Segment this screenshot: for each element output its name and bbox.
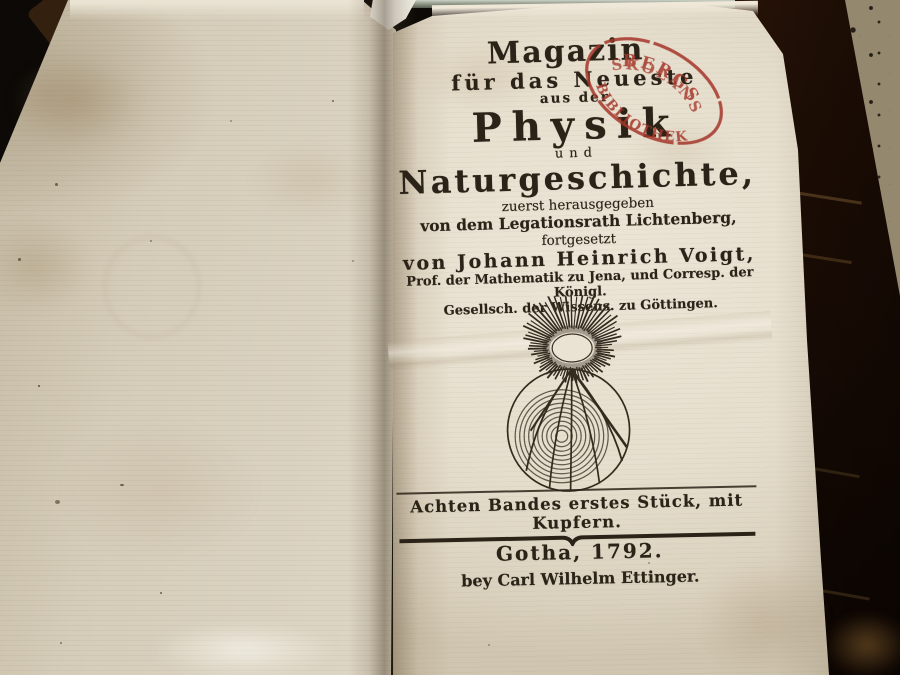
foxing-dot — [55, 183, 58, 186]
imprint-block: Gotha, 1792. bey Carl Wilhelm Ettinger. — [429, 533, 730, 591]
foxing-dot — [230, 120, 232, 122]
open-antique-book-photo: Magazin für das Neueste aus der Physik u… — [0, 0, 900, 675]
spine-tooling-band — [790, 190, 862, 204]
paper-stain — [60, 420, 260, 560]
imprint-place-year: Gotha, 1792. — [430, 537, 730, 567]
foxing-dot — [352, 260, 354, 262]
paper-stain — [250, 140, 370, 220]
edition-statement: Achten Bandes erstes Stück, mit Kupfern. — [396, 487, 757, 537]
page-top-edges — [70, 0, 364, 20]
foxing-dot — [488, 644, 490, 646]
foxing-dot — [55, 500, 60, 504]
paper-stain — [10, 55, 140, 147]
foxing-dot — [38, 385, 40, 387]
foxing-dot — [120, 484, 124, 486]
foxing-dot — [150, 240, 152, 242]
foxing-dot — [332, 100, 334, 102]
radiant-sun-over-globe-icon — [464, 294, 681, 500]
foxing-dot — [160, 592, 162, 594]
paper-watermark — [104, 236, 200, 338]
foxing-dot — [18, 258, 21, 261]
leather-highlight — [824, 612, 900, 675]
light-reflection — [148, 622, 338, 675]
foxing-dot — [60, 642, 62, 644]
